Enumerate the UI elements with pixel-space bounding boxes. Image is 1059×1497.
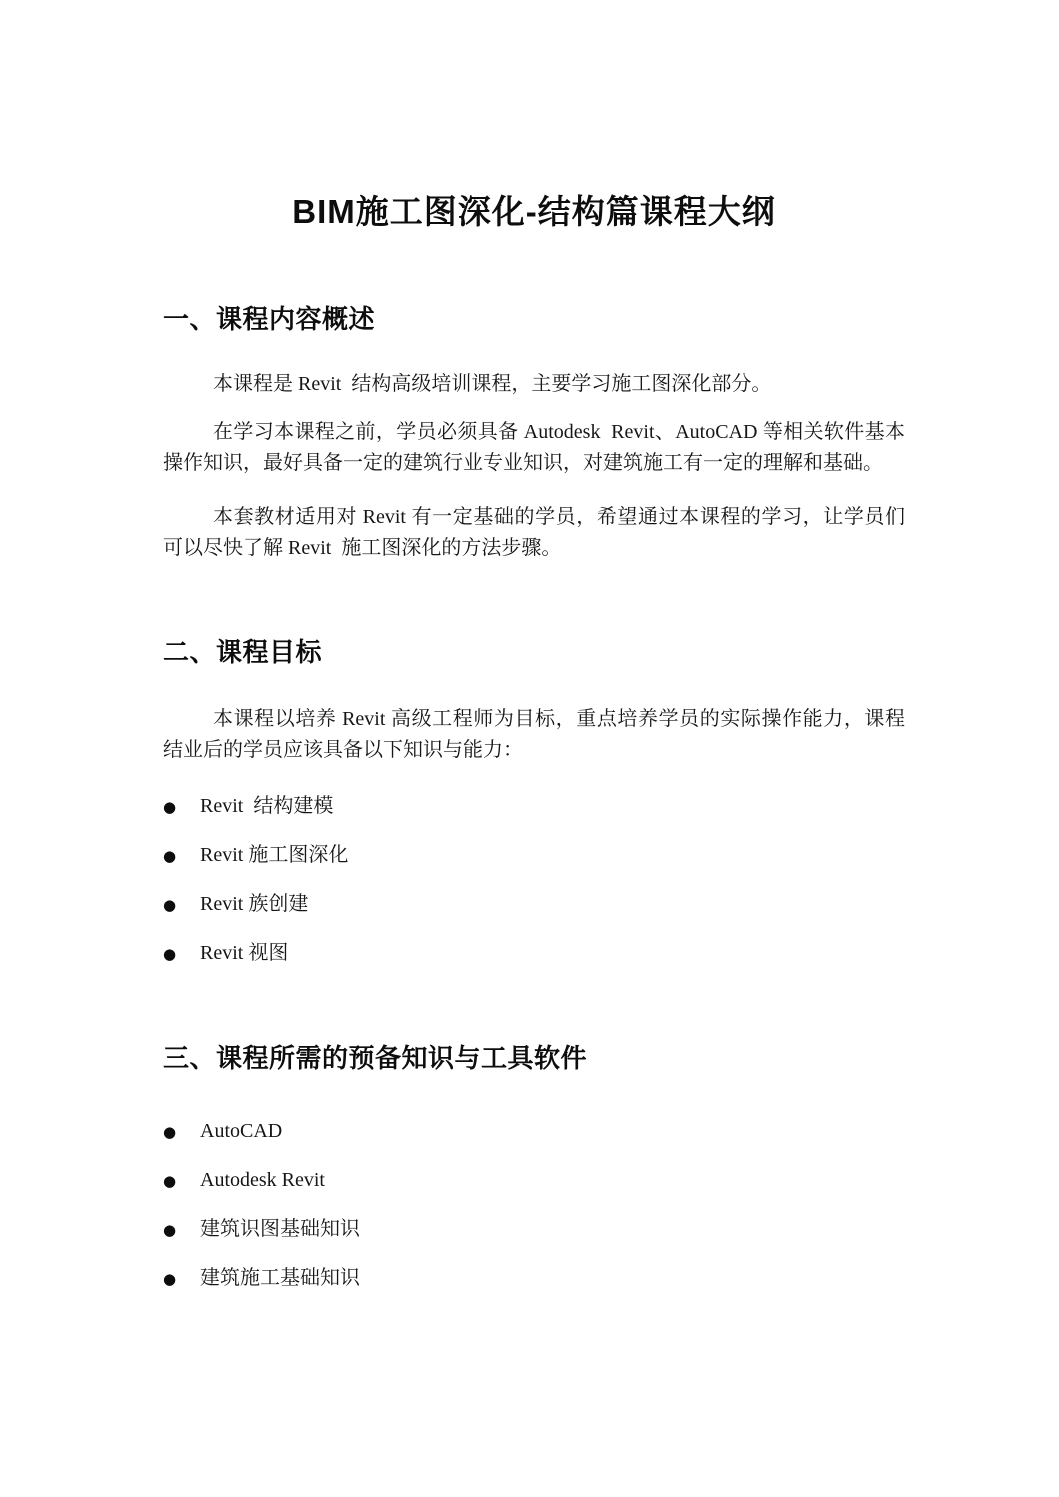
bullet-icon: ● xyxy=(163,792,200,823)
section-course-overview: 一、课程内容概述 本课程是 Revit 结构高级培训课程，主要学习施工图深化部分… xyxy=(163,305,905,564)
bullet-icon: ● xyxy=(163,841,200,872)
section-1-heading: 一、课程内容概述 xyxy=(163,305,905,335)
list-item-label: 建筑识图基础知识 xyxy=(200,1214,360,1245)
list-item: ● Revit 结构建模 xyxy=(163,791,905,823)
list-item-label: Revit 视图 xyxy=(200,938,288,969)
list-item-label: Autodesk Revit xyxy=(200,1165,325,1196)
list-item-label: Revit 结构建模 xyxy=(200,791,333,822)
paragraph: 在学习本课程之前，学员必须具备 Autodesk Revit、AutoCAD 等… xyxy=(163,417,905,479)
document-page: BIM施工图深化-结构篇课程大纲 一、课程内容概述 本课程是 Revit 结构高… xyxy=(0,0,1059,1497)
prerequisites-bullet-list: ● AutoCAD ● Autodesk Revit ● 建筑识图基础知识 ● … xyxy=(163,1116,905,1295)
paragraph: 本套教材适用对 Revit 有一定基础的学员，希望通过本课程的学习，让学员们可以… xyxy=(163,502,905,564)
section-2-heading: 二、课程目标 xyxy=(163,638,905,668)
list-item: ● 建筑施工基础知识 xyxy=(163,1263,905,1295)
list-item: ● 建筑识图基础知识 xyxy=(163,1214,905,1246)
bullet-icon: ● xyxy=(163,1166,200,1197)
list-item: ● Revit 施工图深化 xyxy=(163,840,905,872)
bullet-icon: ● xyxy=(163,1264,200,1295)
goals-bullet-list: ● Revit 结构建模 ● Revit 施工图深化 ● Revit 族创建 ●… xyxy=(163,791,905,970)
list-item: ● Revit 视图 xyxy=(163,938,905,970)
section-3-heading: 三、课程所需的预备知识与工具软件 xyxy=(163,1044,905,1074)
paragraph: 本课程是 Revit 结构高级培训课程，主要学习施工图深化部分。 xyxy=(163,369,905,400)
list-item-label: Revit 族创建 xyxy=(200,889,308,920)
list-item: ● AutoCAD xyxy=(163,1116,905,1148)
bullet-icon: ● xyxy=(163,939,200,970)
bullet-icon: ● xyxy=(163,890,200,921)
list-item-label: AutoCAD xyxy=(200,1116,282,1147)
list-item: ● Autodesk Revit xyxy=(163,1165,905,1197)
list-item-label: 建筑施工基础知识 xyxy=(200,1263,360,1294)
paragraph: 本课程以培养 Revit 高级工程师为目标，重点培养学员的实际操作能力，课程结业… xyxy=(163,704,905,766)
list-item-label: Revit 施工图深化 xyxy=(200,840,348,871)
section-prerequisites: 三、课程所需的预备知识与工具软件 ● AutoCAD ● Autodesk Re… xyxy=(163,1044,905,1295)
bullet-icon: ● xyxy=(163,1117,200,1148)
section-course-goals: 二、课程目标 本课程以培养 Revit 高级工程师为目标，重点培养学员的实际操作… xyxy=(163,638,905,970)
document-title: BIM施工图深化-结构篇课程大纲 xyxy=(163,193,905,231)
list-item: ● Revit 族创建 xyxy=(163,889,905,921)
bullet-icon: ● xyxy=(163,1215,200,1246)
